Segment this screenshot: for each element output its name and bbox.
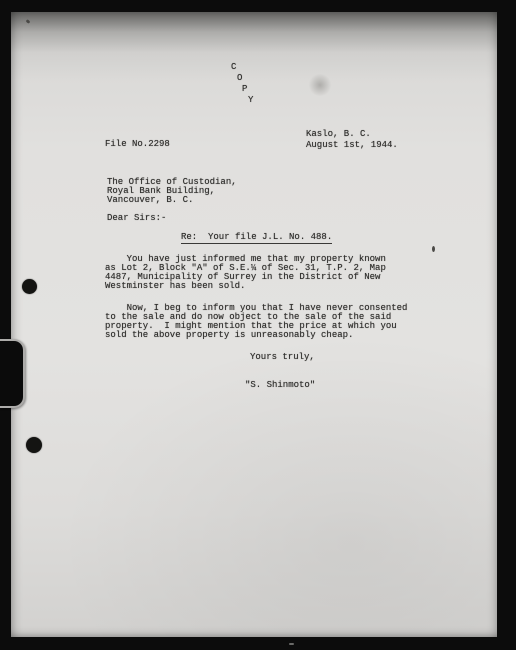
salutation: Dear Sirs:-: [107, 214, 166, 223]
scanner-edge-mark: [289, 643, 294, 645]
copy-letter: P: [242, 84, 247, 94]
copy-letter: O: [237, 73, 242, 83]
copy-letter: C: [231, 62, 236, 72]
paragraph-line: sold the above property is unreasonably …: [105, 331, 353, 340]
subject-text: Re: Your file J.L. No. 488.: [181, 232, 332, 244]
file-number: File No.2298: [105, 140, 170, 149]
hole-punch-mark-top: [22, 279, 37, 294]
subject-line: Re: Your file J.L. No. 488.: [181, 233, 332, 242]
place-line: Kaslo, B. C.: [306, 130, 371, 139]
hole-punch-mark-bottom: [26, 437, 42, 453]
stray-mark: [432, 246, 435, 252]
scan-background: C O P Y File No.2298 Kaslo, B. C. August…: [0, 0, 516, 650]
binder-clip: [0, 339, 25, 408]
paragraph-line: Westminster has been sold.: [105, 282, 245, 291]
date-line: August 1st, 1944.: [306, 141, 398, 150]
signature: "S. Shinmoto": [245, 381, 315, 390]
closing: Yours truly,: [250, 353, 315, 362]
smudge-mark: [308, 74, 332, 96]
recipient-line: Vancouver, B. C.: [107, 196, 193, 205]
copy-letter: Y: [248, 95, 253, 105]
